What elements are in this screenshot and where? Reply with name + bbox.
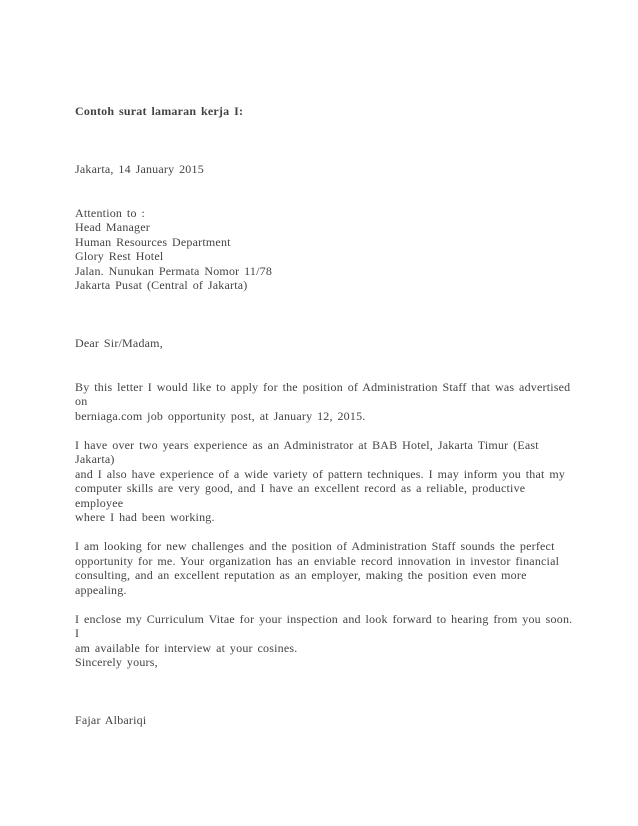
letter-body: By this letter I would like to apply for… (75, 380, 575, 670)
paragraph-line: I enclose my Curriculum Vitae for your i… (75, 612, 575, 641)
recipient-line: Human Resources Department (75, 235, 575, 250)
paragraph-line: where I had been working. (75, 510, 575, 525)
recipient-line: Attention to : (75, 206, 575, 221)
paragraph-line: computer skills are very good, and I hav… (75, 481, 575, 510)
recipient-line: Glory Rest Hotel (75, 249, 575, 264)
paragraph-line: opportunity for me. Your organization ha… (75, 554, 575, 569)
letter-title: Contoh surat lamaran kerja I: (75, 104, 575, 119)
paragraph-line: consulting, and an excellent reputation … (75, 568, 575, 583)
recipient-line: Jalan. Nunukan Permata Nomor 11/78 (75, 264, 575, 279)
letter-date: Jakarta, 14 January 2015 (75, 162, 575, 177)
recipient-line: Head Manager (75, 220, 575, 235)
paragraph-line: Sincerely yours, (75, 655, 575, 670)
recipient-line: Jakarta Pusat (Central of Jakarta) (75, 278, 575, 293)
recipient-block: Attention to :Head ManagerHuman Resource… (75, 206, 575, 293)
paragraph-motivation: I am looking for new challenges and the … (75, 539, 575, 597)
paragraph-line: berniaga.com job opportunity post, at Ja… (75, 409, 575, 424)
paragraph-line: I am looking for new challenges and the … (75, 539, 575, 554)
paragraph-line: appealing. (75, 583, 575, 598)
letter-content: Contoh surat lamaran kerja I: Jakarta, 1… (75, 75, 575, 757)
paragraph-line: I have over two years experience as an A… (75, 438, 575, 467)
document-page: Contoh surat lamaran kerja I: Jakarta, 1… (0, 0, 638, 826)
paragraph-enclosure: I enclose my Curriculum Vitae for your i… (75, 612, 575, 670)
paragraph-line: am available for interview at your cosin… (75, 641, 575, 656)
salutation: Dear Sir/Madam, (75, 336, 575, 351)
signature-name: Fajar Albariqi (75, 713, 575, 728)
paragraph-experience: I have over two years experience as an A… (75, 438, 575, 525)
paragraph-line: By this letter I would like to apply for… (75, 380, 575, 409)
paragraph-application: By this letter I would like to apply for… (75, 380, 575, 424)
paragraph-line: and I also have experience of a wide var… (75, 467, 575, 482)
